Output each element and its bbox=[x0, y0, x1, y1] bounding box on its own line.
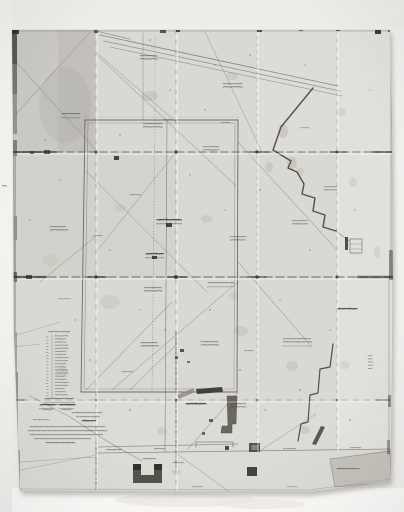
photo-vignette bbox=[0, 0, 404, 512]
photo-of-archival-map bbox=[0, 0, 404, 512]
map-photo-canvas bbox=[0, 0, 404, 512]
